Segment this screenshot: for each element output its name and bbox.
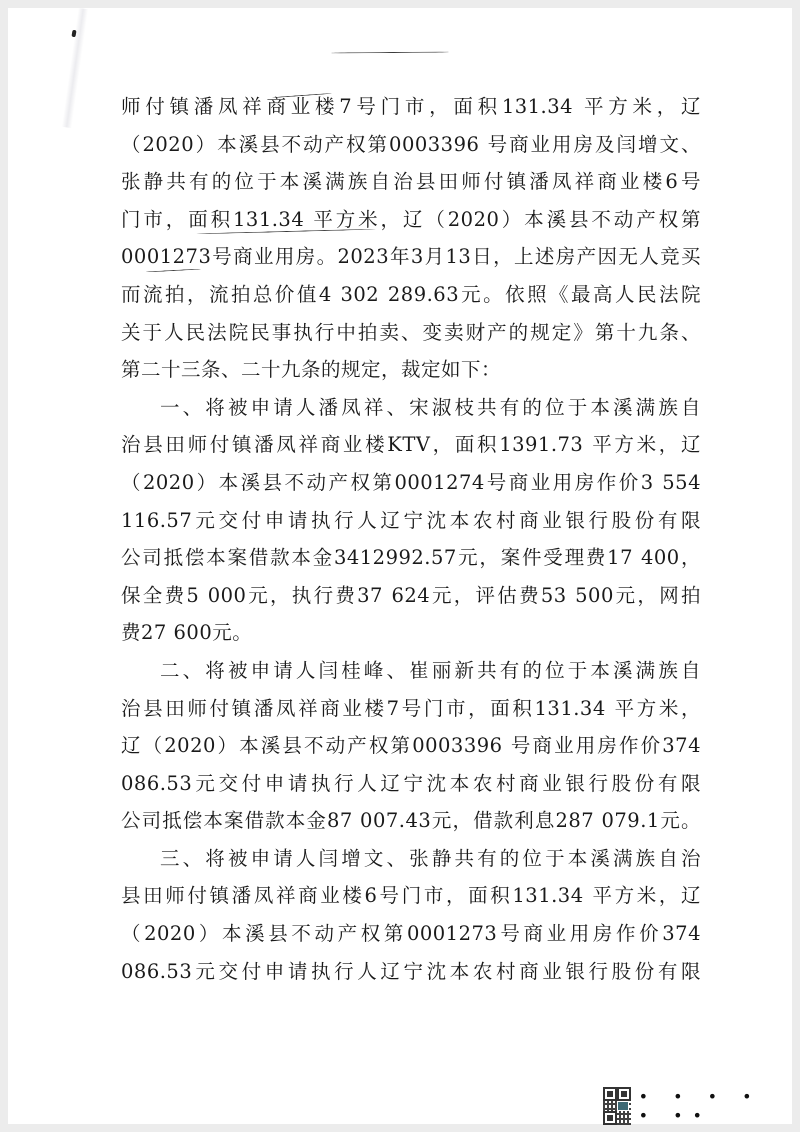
text-line: 公司抵偿本案借款本金3412992.57元，案件受理费17 400， <box>121 539 701 577</box>
text-line: 一、将被申请人潘凤祥、宋淑枝共有的位于本溪满族自 <box>121 389 701 427</box>
page-footer: • • • • • •• <box>603 1087 792 1125</box>
text-line: 县田师付镇潘凤祥商业楼6号门市，面积131.34 平方米，辽 <box>121 877 701 915</box>
text-line: 二、将被申请人闫桂峰、崔丽新共有的位于本溪满族自 <box>121 652 701 690</box>
text-line: 公司抵偿本案借款本金87 007.43元，借款利息287 079.1元。 <box>121 802 701 840</box>
text-line: 086.53元交付申请执行人辽宁沈本农村商业银行股份有限 <box>121 765 701 803</box>
text-line: （2020）本溪县不动产权第0003396 号商业用房及闫增文、 <box>121 126 701 164</box>
text-line: 费27 600元。 <box>121 614 701 652</box>
text-line: 0001273号商业用房。2023年3月13日，上述房产因无人竞买 <box>121 238 701 276</box>
text-line: 师付镇潘凤祥商业楼7号门市，面积131.34 平方米，辽 <box>121 88 701 126</box>
text-line: 治县田师付镇潘凤祥商业楼7号门市，面积131.34 平方米， <box>121 690 701 728</box>
text-line: 第二十三条、二十九条的规定，裁定如下： <box>121 351 701 389</box>
qr-code-icon <box>603 1087 631 1125</box>
paper-fold-mark <box>62 8 89 128</box>
text-line: （2020）本溪县不动产权第0001273号商业用房作价374 <box>121 915 701 953</box>
handwritten-underline <box>331 51 449 53</box>
document-body: 师付镇潘凤祥商业楼7号门市，面积131.34 平方米，辽（2020）本溪县不动产… <box>121 88 701 990</box>
text-line: 治县田师付镇潘凤祥商业楼KTV，面积1391.73 平方米，辽 <box>121 426 701 464</box>
text-line: 关于人民法院民事执行中拍卖、变卖财产的规定》第十九条、 <box>121 314 701 352</box>
text-line: 三、将被申请人闫增文、张静共有的位于本溪满族自治 <box>121 840 701 878</box>
text-line: 而流拍，流拍总价值4 302 289.63元。依照《最高人民法院 <box>121 276 701 314</box>
document-page: 师付镇潘凤祥商业楼7号门市，面积131.34 平方米，辽（2020）本溪县不动产… <box>8 8 792 1124</box>
text-line: （2020）本溪县不动产权第0001274号商业用房作价3 554 <box>121 464 701 502</box>
footer-dots: • • • • • •• <box>639 1087 792 1125</box>
text-line: 辽（2020）本溪县不动产权第0003396 号商业用房作价374 <box>121 727 701 765</box>
text-line: 保全费5 000元，执行费37 624元，评估费53 500元，网拍 <box>121 577 701 615</box>
text-line: 086.53元交付申请执行人辽宁沈本农村商业银行股份有限 <box>121 953 701 991</box>
text-line: 张静共有的位于本溪满族自治县田师付镇潘凤祥商业楼6号 <box>121 163 701 201</box>
text-line: 116.57元交付申请执行人辽宁沈本农村商业银行股份有限 <box>121 502 701 540</box>
